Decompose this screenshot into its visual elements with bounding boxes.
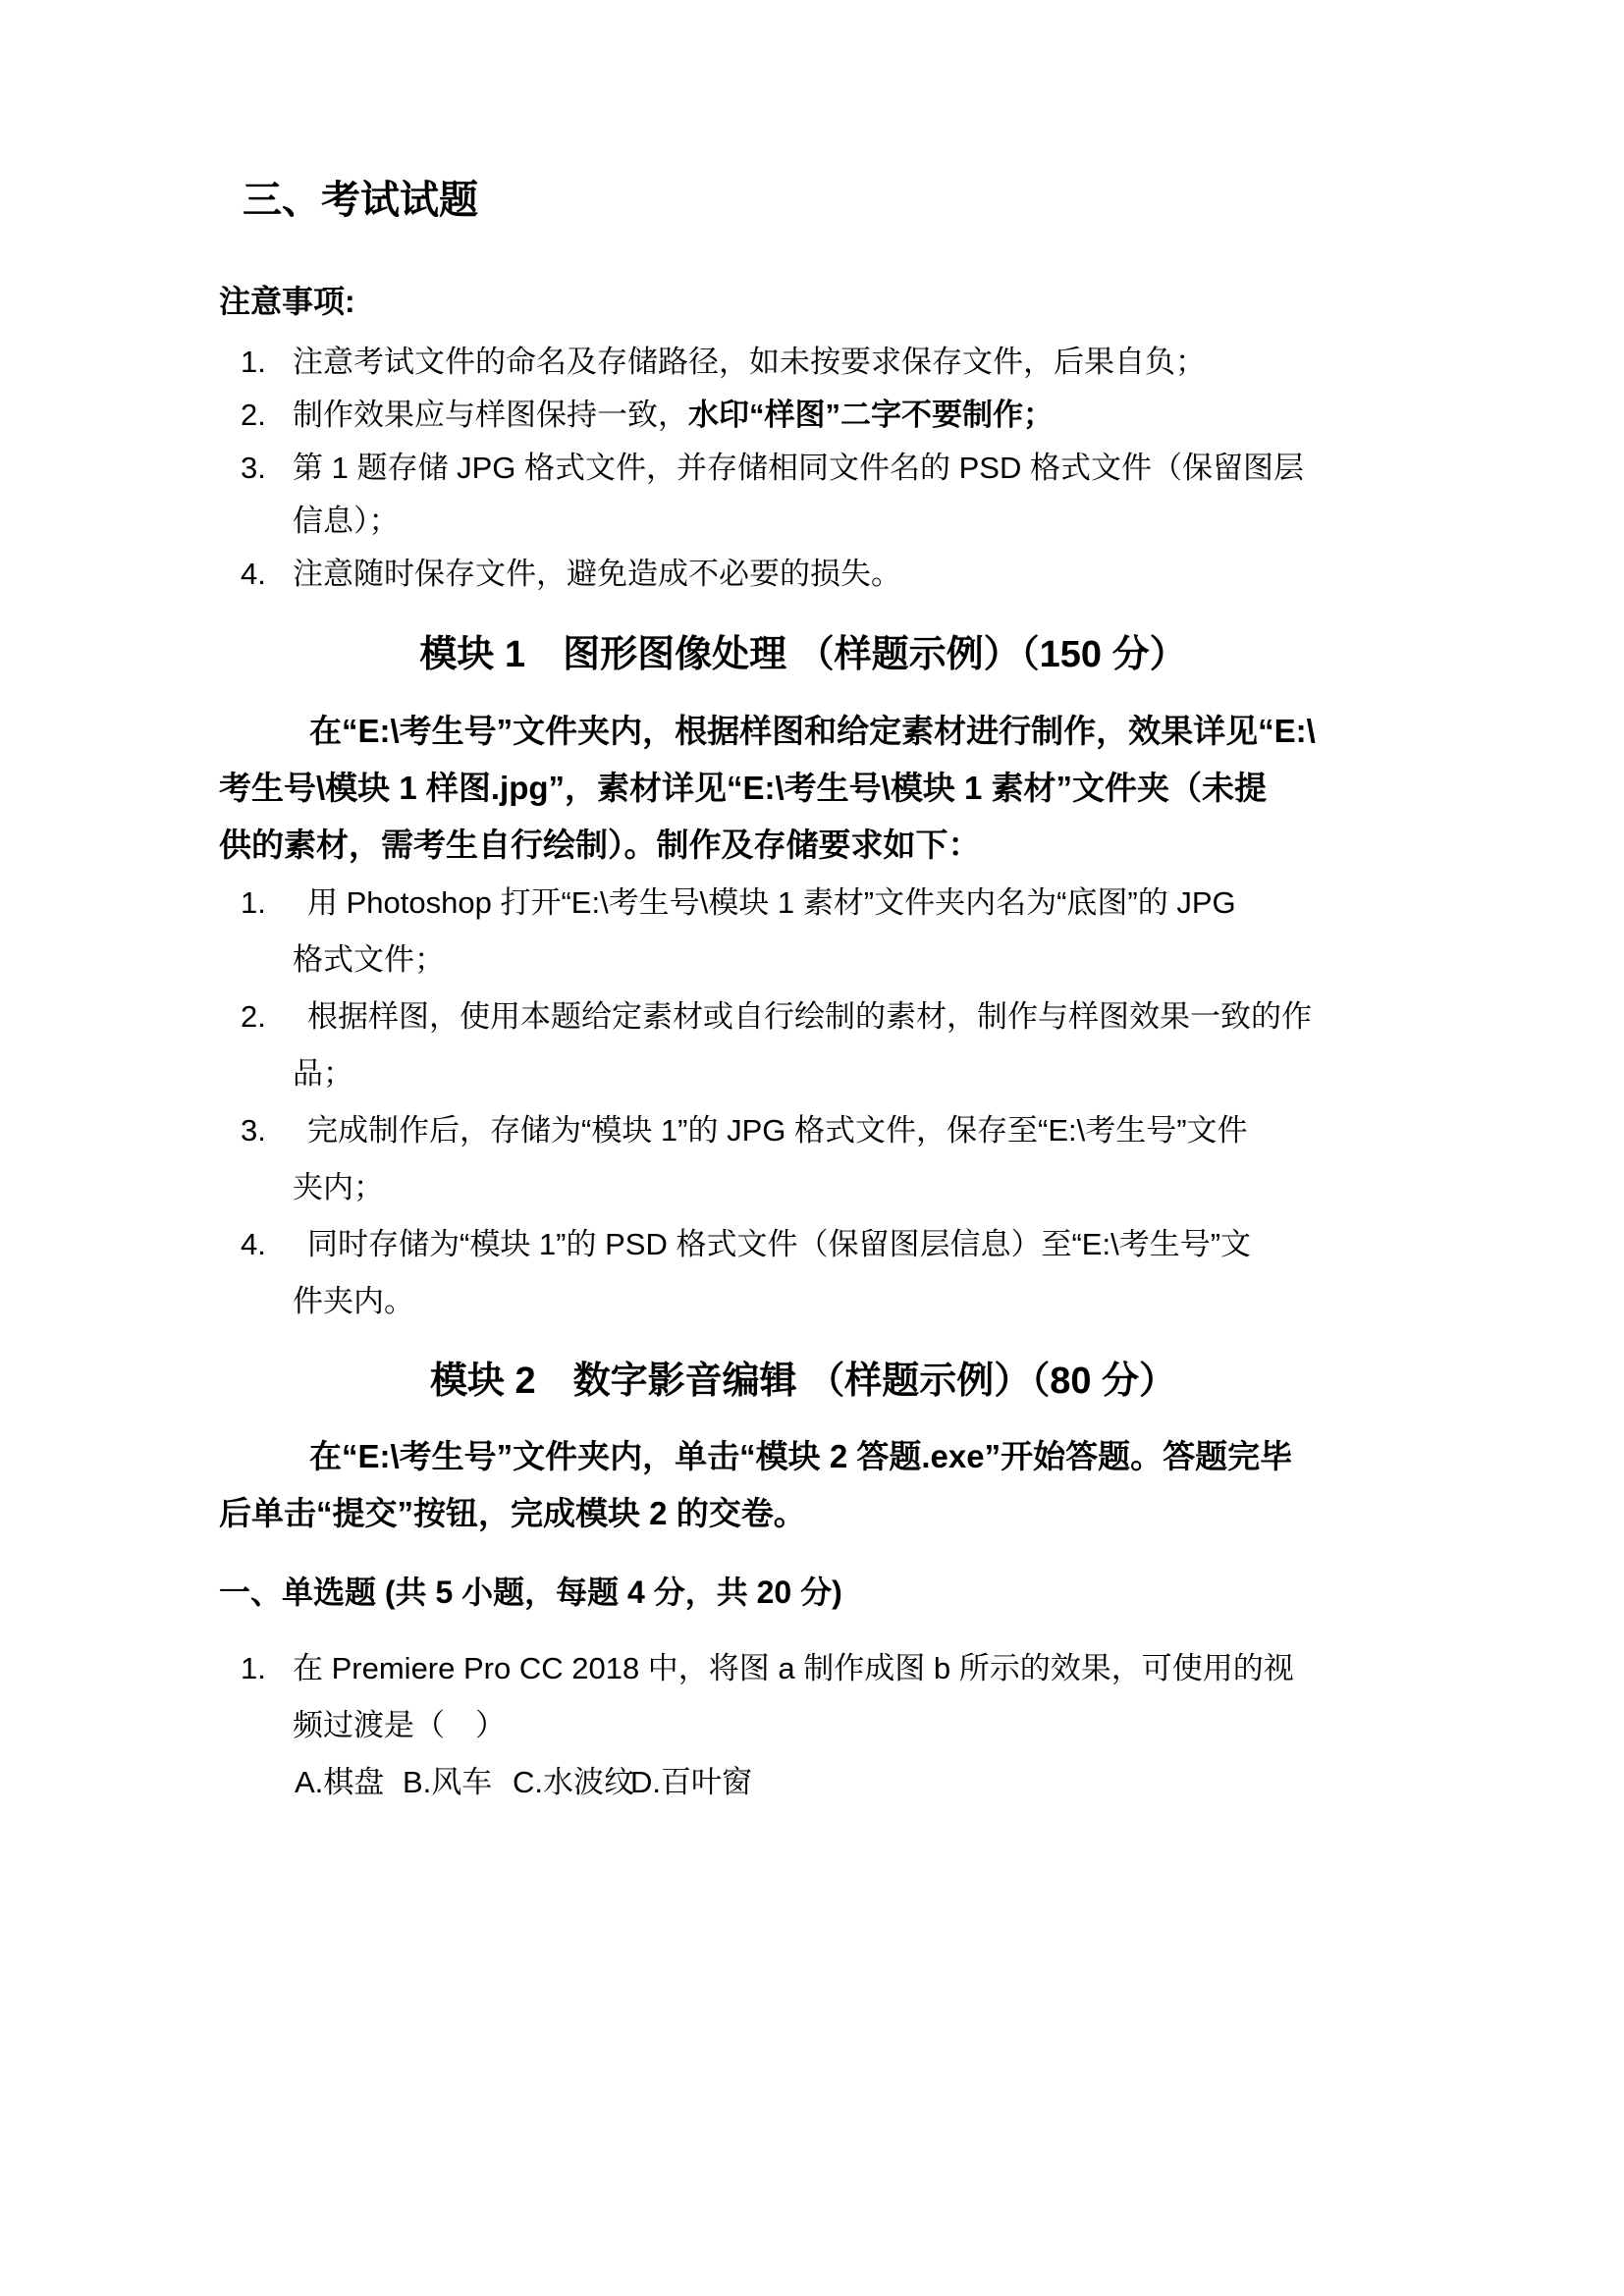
- item-number: 3.: [241, 1102, 266, 1159]
- single-choice-section-heading: 一、单选题 (共 5 小题，每题 4 分，共 20 分): [219, 1564, 1387, 1621]
- item-number: 1.: [241, 336, 266, 389]
- module2-heading: 模块 2 数字影音编辑 （样题示例）（80 分）: [219, 1358, 1387, 1405]
- intro-line: 后单击“提交”按钮，完成模块 2 的交卷。: [219, 1485, 1387, 1542]
- item-number: 1.: [241, 875, 266, 932]
- item-line: 夹内；: [293, 1159, 1387, 1216]
- item-number: 4.: [241, 548, 266, 601]
- item-line: 注意随时保存文件，避免造成不必要的损失。: [293, 548, 1387, 601]
- section-heading: 三、考试试题: [243, 177, 1387, 224]
- exam-document-page: 三、考试试题 注意事项: 1. 注意考试文件的命名及存储路径，如未按要求保存文件…: [0, 0, 1624, 2296]
- item-number: 2.: [241, 389, 266, 442]
- item-number: 2.: [241, 988, 266, 1045]
- module1-intro: 在“E:\考生号”文件夹内，根据样图和给定素材进行制作，效果详见“E:\ 考生号…: [219, 703, 1387, 874]
- document-content: 三、考试试题 注意事项: 1. 注意考试文件的命名及存储路径，如未按要求保存文件…: [219, 0, 1387, 1811]
- item-line: 根据样图，使用本题给定素材或自行绘制的素材，制作与样图效果一致的作: [293, 988, 1387, 1045]
- item-line: 制作效果应与样图保持一致，水印“样图”二字不要制作；: [293, 389, 1387, 442]
- item-text-normal: 制作效果应与样图保持一致，: [293, 398, 688, 432]
- notes-heading: 注意事项:: [219, 273, 1387, 330]
- item-number: 3.: [241, 442, 266, 495]
- module1-heading: 模块 1 图形图像处理 （样题示例）（150 分）: [219, 631, 1387, 678]
- item-line: 同时存储为“模块 1”的 PSD 格式文件（保留图层信息）至“E:\考生号”文: [293, 1216, 1387, 1273]
- question-list: 1. 在 Premiere Pro CC 2018 中，将图 a 制作成图 b …: [219, 1640, 1387, 1811]
- question-line: 频过渡是（ ）: [293, 1697, 1387, 1754]
- module1-list: 1. 用 Photoshop 打开“E:\考生号\模块 1 素材”文件夹内名为“…: [219, 875, 1387, 1330]
- option-b: B.风车: [403, 1754, 492, 1811]
- module2-intro: 在“E:\考生号”文件夹内，单击“模块 2 答题.exe”开始答题。答题完毕 后…: [219, 1428, 1387, 1542]
- item-line: 用 Photoshop 打开“E:\考生号\模块 1 素材”文件夹内名为“底图”…: [293, 875, 1387, 932]
- notes-list: 1. 注意考试文件的命名及存储路径，如未按要求保存文件，后果自负； 2. 制作效…: [219, 336, 1387, 601]
- question-line: 在 Premiere Pro CC 2018 中，将图 a 制作成图 b 所示的…: [293, 1640, 1387, 1697]
- question-1-options: A.棋盘 B.风车 C.水波纹 D.百叶窗: [293, 1754, 1387, 1811]
- module1-item-2: 2. 根据样图，使用本题给定素材或自行绘制的素材，制作与样图效果一致的作 品；: [219, 988, 1387, 1102]
- question-1: 1. 在 Premiere Pro CC 2018 中，将图 a 制作成图 b …: [219, 1640, 1387, 1811]
- option-c: C.水波纹: [513, 1754, 634, 1811]
- item-line: 格式文件；: [293, 932, 1387, 988]
- intro-line: 在“E:\考生号”文件夹内，根据样图和给定素材进行制作，效果详见“E:\: [219, 703, 1387, 760]
- item-line: 注意考试文件的命名及存储路径，如未按要求保存文件，后果自负；: [293, 336, 1387, 389]
- intro-line: 在“E:\考生号”文件夹内，单击“模块 2 答题.exe”开始答题。答题完毕: [219, 1428, 1387, 1485]
- intro-line: 供的素材，需考生自行绘制）。制作及存储要求如下：: [219, 817, 1387, 874]
- option-a: A.棋盘: [295, 1754, 384, 1811]
- item-line: 件夹内。: [293, 1273, 1387, 1330]
- notes-item-4: 4. 注意随时保存文件，避免造成不必要的损失。: [219, 548, 1387, 601]
- item-line: 信息）；: [293, 495, 1387, 548]
- item-line: 第 1 题存储 JPG 格式文件，并存储相同文件名的 PSD 格式文件（保留图层: [293, 442, 1387, 495]
- item-line: 完成制作后，存储为“模块 1”的 JPG 格式文件，保存至“E:\考生号”文件: [293, 1102, 1387, 1159]
- notes-item-2: 2. 制作效果应与样图保持一致，水印“样图”二字不要制作；: [219, 389, 1387, 442]
- notes-item-3: 3. 第 1 题存储 JPG 格式文件，并存储相同文件名的 PSD 格式文件（保…: [219, 442, 1387, 548]
- item-text-bold: 水印“样图”二字不要制作；: [688, 398, 1054, 432]
- intro-line: 考生号\模块 1 样图.jpg”，素材详见“E:\考生号\模块 1 素材”文件夹…: [219, 760, 1387, 817]
- question-number: 1.: [241, 1640, 266, 1697]
- option-d: D.百叶窗: [630, 1754, 752, 1811]
- module1-item-1: 1. 用 Photoshop 打开“E:\考生号\模块 1 素材”文件夹内名为“…: [219, 875, 1387, 988]
- item-number: 4.: [241, 1216, 266, 1273]
- module1-item-4: 4. 同时存储为“模块 1”的 PSD 格式文件（保留图层信息）至“E:\考生号…: [219, 1216, 1387, 1330]
- module1-item-3: 3. 完成制作后，存储为“模块 1”的 JPG 格式文件，保存至“E:\考生号”…: [219, 1102, 1387, 1216]
- notes-item-1: 1. 注意考试文件的命名及存储路径，如未按要求保存文件，后果自负；: [219, 336, 1387, 389]
- item-line: 品；: [293, 1045, 1387, 1102]
